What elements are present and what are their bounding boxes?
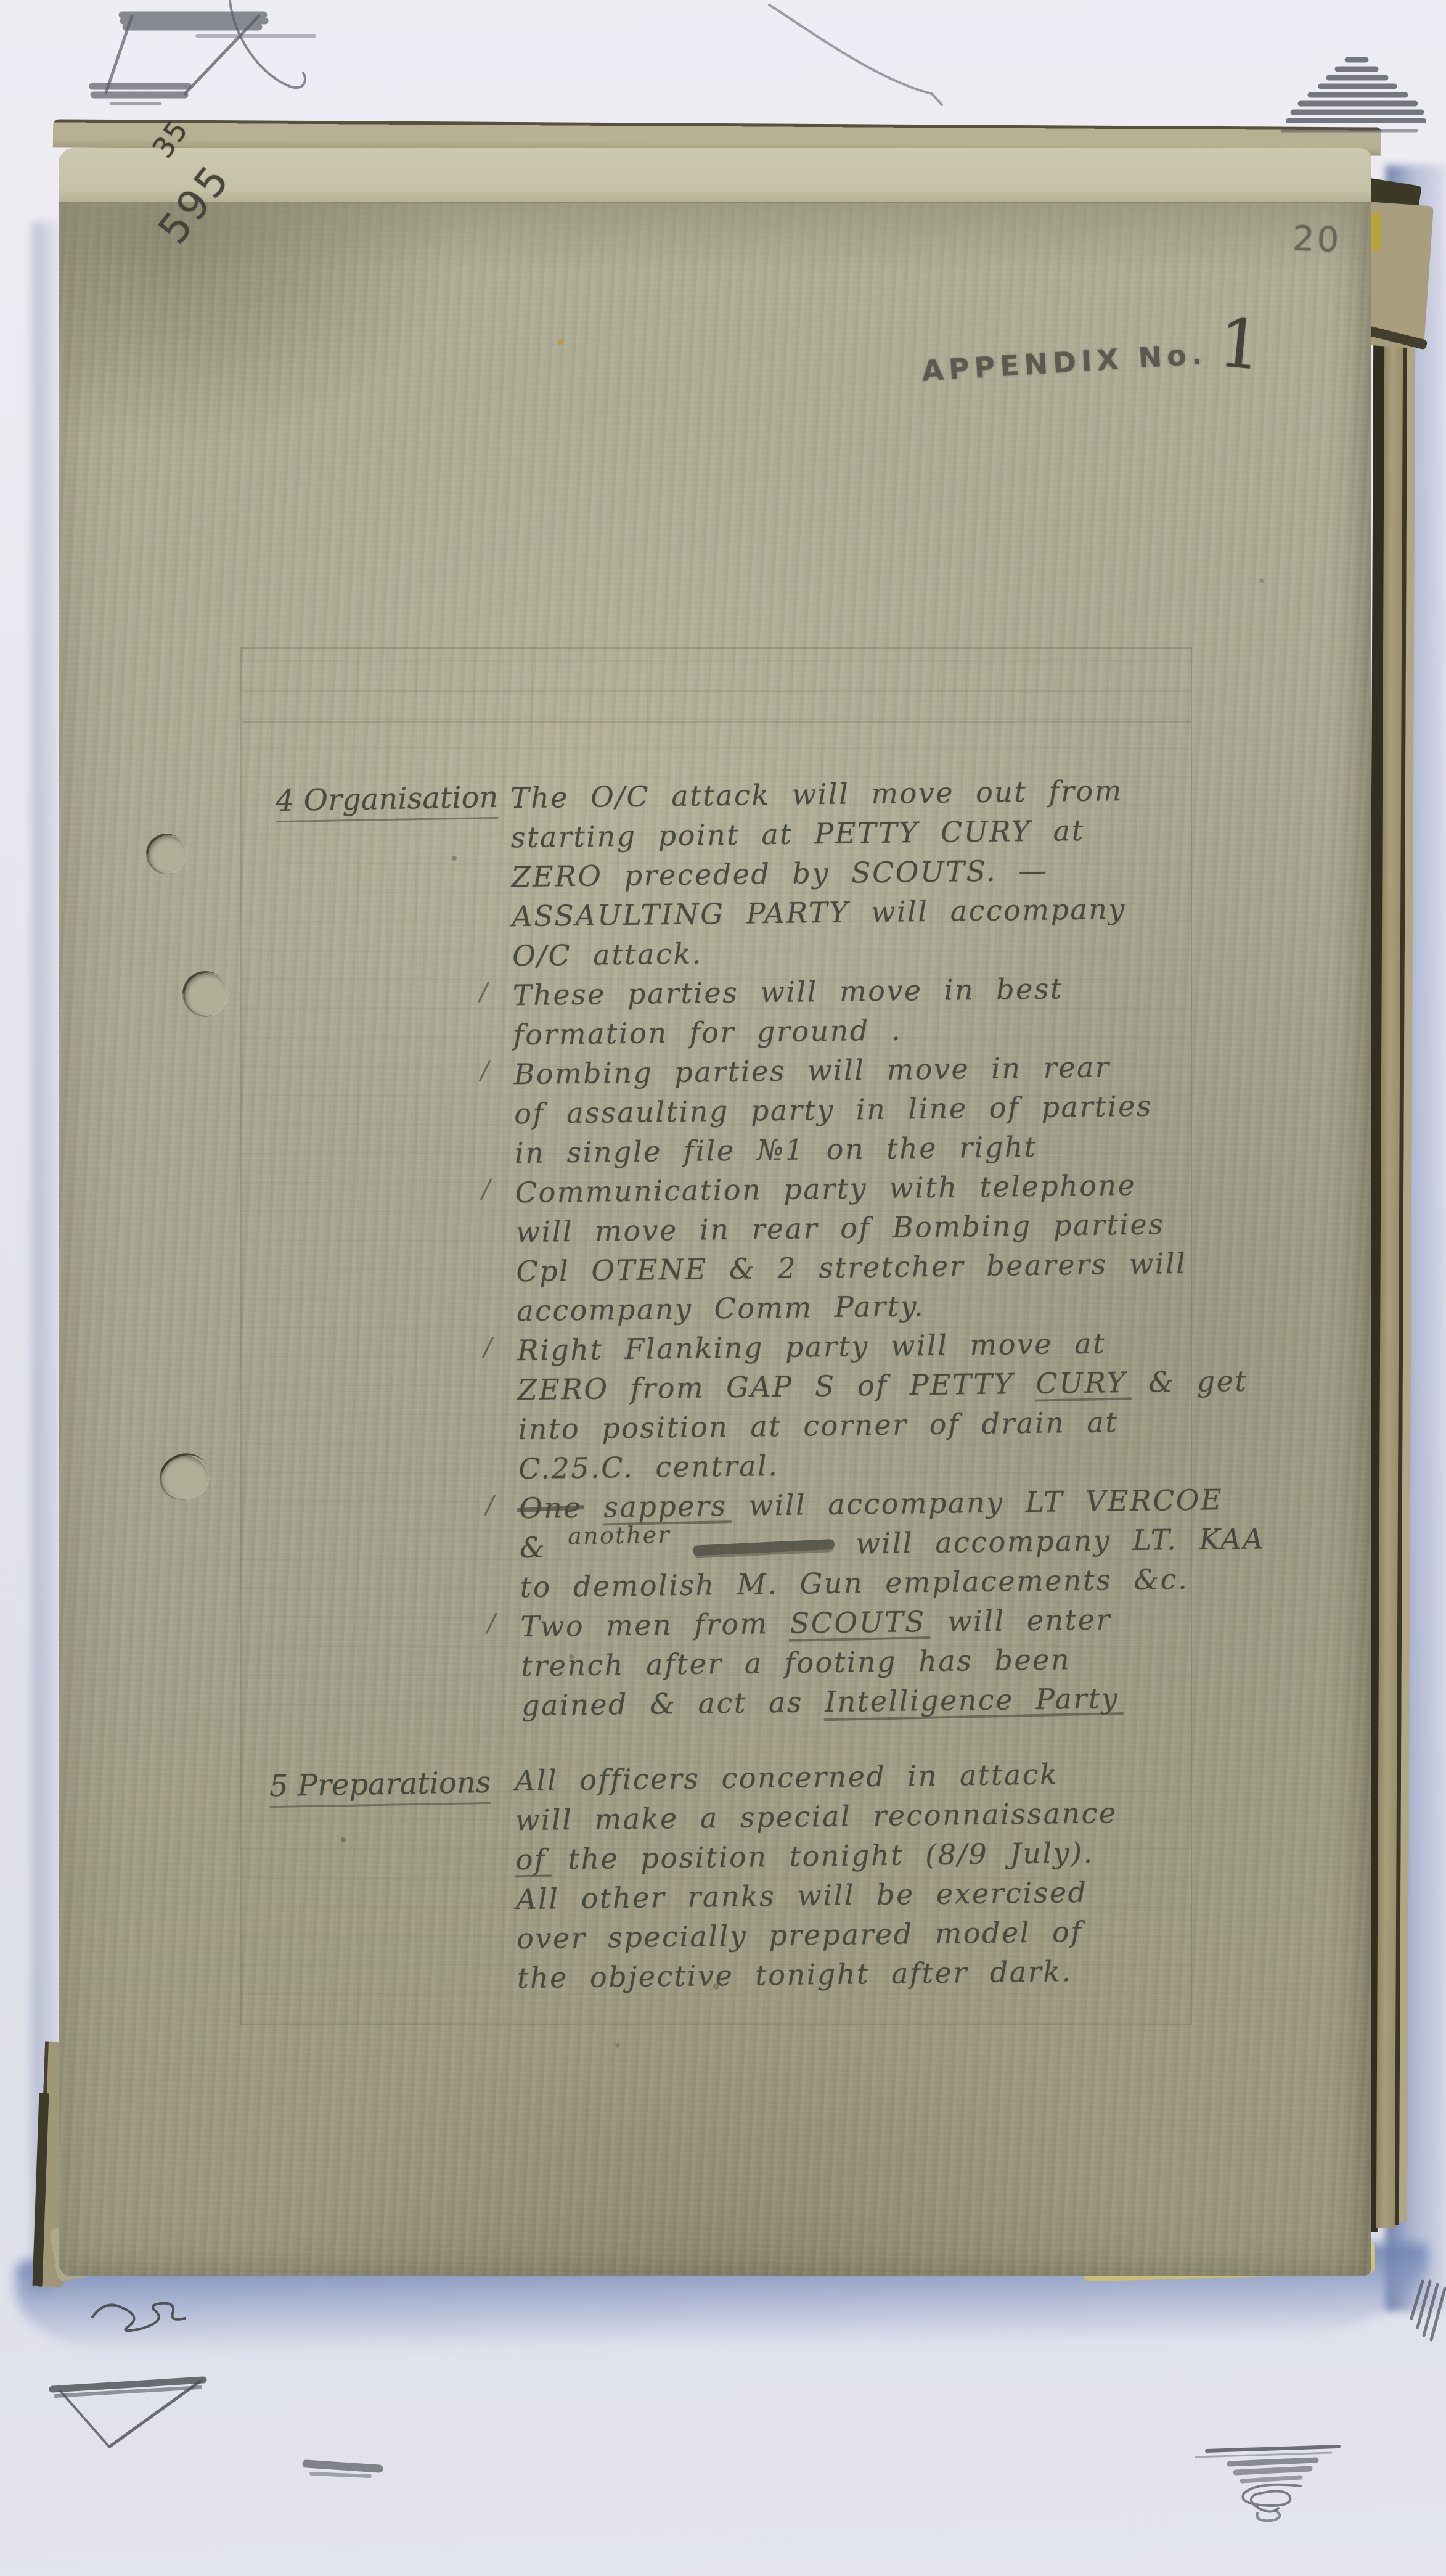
faint-rule-line	[242, 691, 1191, 692]
handwriting-segment: C.25.C. central.	[518, 1449, 779, 1485]
handwriting-segment: in single file №1 on the right	[515, 1130, 1037, 1170]
handwriting-segment: to demolish M. Gun emplacements &c.	[520, 1562, 1188, 1604]
section-5-lines: All officers concerned in attackwill mak…	[515, 1751, 1344, 1998]
handwriting-segment: These parties will move in best	[513, 972, 1064, 1012]
appendix-number: 1	[1219, 342, 1262, 347]
handwriting-segment: ASSAULTING PARTY will accompany	[512, 892, 1126, 933]
handwriting-segment: starting point at PETTY CURY at	[511, 814, 1085, 854]
top-middle-line	[769, 5, 942, 105]
paper-specks	[59, 148, 61, 150]
top-right-triangle-hatch	[1282, 60, 1424, 131]
handwriting-segment: the position tonight (8/9 July).	[546, 1836, 1094, 1876]
handwriting-segment: trench after a footing has been	[521, 1643, 1071, 1683]
stack-left-shadow	[32, 222, 62, 2294]
handwriting-segment: of assaulting party in line of parties	[514, 1089, 1153, 1131]
punch-hole-torn	[156, 1450, 213, 1504]
page-number: 20	[1292, 219, 1342, 261]
handwriting-segment: the objective tonight after dark.	[517, 1955, 1072, 1995]
bottom-right-tornado-scribble	[1196, 2447, 1339, 2521]
handwriting-segment: will make a special reconnaissance	[515, 1796, 1117, 1837]
top-document-sheet: 595 20 APPENDIX No.1 4 Organisation The …	[59, 148, 1371, 2276]
handwriting-segment: ZERO preceded by SCOUTS. —	[511, 854, 1048, 894]
faint-rule-line	[242, 721, 1191, 723]
photo-of-document-stack: 35 595 20 APPENDIX No.1 4 Organisation T…	[0, 0, 1446, 2576]
handwriting-segment: One	[519, 1491, 582, 1525]
handwriting-segment: CURY	[1035, 1366, 1127, 1400]
handwriting-segment: formation for ground .	[513, 1014, 902, 1052]
handwriting-segment: accompany Comm Party.	[517, 1289, 925, 1327]
handwriting-segment	[582, 1490, 604, 1524]
handwriting-segment: All other ranks will be exercised	[516, 1876, 1088, 1916]
sheet-fold-fringe	[59, 203, 1371, 271]
handwriting-segment	[671, 1529, 693, 1562]
bottom-left-triangle	[52, 2380, 203, 2447]
handwriting-segment: Right Flanking party will move at	[517, 1327, 1106, 1368]
sheet-fold-band	[59, 148, 1371, 203]
handwriting-segment: All officers concerned in attack	[515, 1757, 1059, 1797]
handwriting-segment: ZERO from GAP S of PETTY	[517, 1367, 1035, 1406]
handwriting-segment: will move in rear of Bombing parties	[515, 1207, 1164, 1249]
bottom-left-dash	[306, 2464, 379, 2476]
handwriting-segment: gained & act as	[521, 1685, 825, 1722]
appendix-label: APPENDIX No.	[921, 337, 1208, 388]
handwriting-segment: will accompany LT VERCOE	[727, 1483, 1223, 1522]
scribbled-out-word	[692, 1538, 835, 1556]
top-left-scribble	[92, 1, 314, 104]
punch-hole	[147, 835, 186, 873]
handwriting-segment: Two men from	[520, 1607, 790, 1643]
handwriting-segment: sappers	[603, 1489, 727, 1524]
punch-hole	[184, 972, 227, 1015]
handwriting-segment: Bombing parties will move in rear	[513, 1050, 1110, 1091]
handwriting-segment: into position at corner of drain at	[518, 1405, 1118, 1446]
section-4-lines: The O/C attack will move out fromstartin…	[510, 768, 1348, 1725]
handwriting-segment: The O/C attack will move out from	[510, 774, 1123, 814]
handwriting-segment: Communication party with telephone	[515, 1168, 1137, 1209]
handwriting-segment: & get	[1127, 1364, 1248, 1399]
handwriting-segment: another	[568, 1521, 671, 1549]
section-4-label: 4 Organisation	[275, 780, 498, 822]
handwriting-segment: SCOUTS	[790, 1605, 926, 1640]
section-5-label: 5 Preparations	[269, 1765, 491, 1808]
handwriting-segment: of	[515, 1843, 546, 1877]
handwriting-segment: over specially prepared model of	[517, 1915, 1083, 1955]
handwriting-segment: Cpl OTENE & 2 stretcher bearers will	[516, 1247, 1187, 1288]
handwriting-segment: will accompany LT. KAA	[834, 1522, 1265, 1561]
appendix-heading: APPENDIX No.1	[921, 334, 1265, 388]
handwriting-segment: O/C attack.	[512, 937, 703, 972]
handwriting-segment: &	[520, 1530, 568, 1564]
handwriting-segment: will enter	[926, 1602, 1111, 1638]
handwriting-segment: Intelligence Party	[825, 1681, 1119, 1718]
